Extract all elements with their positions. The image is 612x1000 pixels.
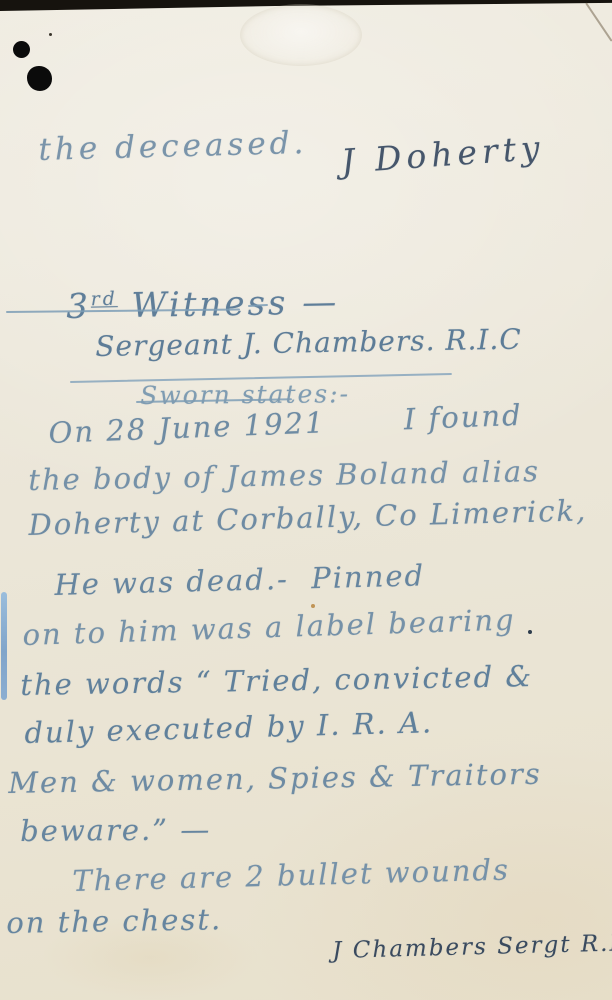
signature-chambers: J Chambers Sergt R.I.C [332, 930, 612, 964]
top-note-text: the deceased. [38, 125, 308, 168]
testimony-line: Men & women, Spies & Traitors [8, 757, 542, 800]
blue-margin-mark [1, 592, 7, 700]
punch-hole-1 [13, 41, 30, 58]
witness-heading-number: 3 [66, 287, 91, 327]
testimony-line: duly executed by I. R. A. [24, 705, 434, 750]
testimony-line: There are 2 bullet wounds [72, 853, 510, 898]
testimony-line: beware.” — [20, 812, 211, 848]
testimony-line: on to him was a label bearing [22, 603, 516, 652]
testimony-line: the body of James Boland alias [28, 454, 540, 497]
punch-hole-2 [27, 66, 52, 91]
testimony-line: Doherty at Corbally, Co Limerick, [28, 493, 588, 542]
testimony-line: He was dead.- Pinned [54, 558, 426, 602]
manuscript-page: the deceased. J Doherty 3rd Witness — Se… [0, 0, 612, 1000]
testimony-line: the words “ Tried, convicted & [20, 659, 533, 702]
signature-doherty: J Doherty [340, 128, 546, 181]
paper-speck [311, 604, 315, 608]
embossed-seal [240, 4, 362, 66]
page-corner-crease [585, 2, 612, 41]
ink-speck [49, 33, 52, 36]
witness-heading-ordinal: rd [91, 289, 118, 310]
witness-heading-label: Witness — [117, 282, 339, 326]
testimony-line: on the chest. [6, 902, 222, 940]
witness-name: Sergeant J. Chambers. R.I.C [95, 323, 522, 363]
ink-speck [528, 630, 532, 634]
